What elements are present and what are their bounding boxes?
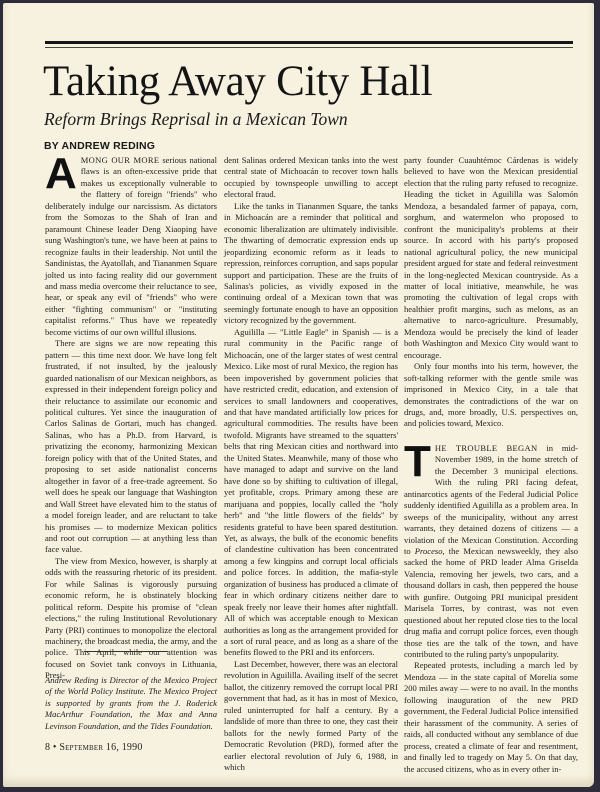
article-title: Taking Away City Hall [43,59,432,105]
bio-divider [84,651,168,652]
paragraph: There are signs we are now repeating thi… [45,338,217,556]
folio-separator: • [53,742,57,753]
lead-in: HE TROUBLE BEGAN [435,443,538,453]
drop-cap: T [404,445,431,479]
paragraph: Repeated protests, including a march led… [404,660,578,775]
issue-date: September 16, 1990 [59,742,142,753]
column-1: AMONG OUR MORE serious national flaws is… [45,155,217,682]
paragraph: THE TROUBLE BEGAN in mid-November 1989, … [404,443,578,661]
paragraph: The view from Mexico, however, is sharpl… [45,556,217,682]
header-rule-thick [45,41,573,44]
author-bio: Andrew Reding is Director of the Mexico … [45,675,217,732]
header-rule-thin [45,47,573,48]
drop-cap: A [45,157,77,191]
paragraph: Last December, however, there was an ele… [224,659,398,774]
article-subtitle: Reform Brings Reprisal in a Mexican Town [44,109,348,130]
magazine-page: Taking Away City Hall Reform Brings Repr… [3,3,594,787]
paragraph: dent Salinas ordered Mexican tanks into … [224,155,398,201]
paragraph: party founder Cuauhtémoc Cárdenas is wid… [404,155,578,361]
paragraph: Like the tanks in Tiananmen Square, the … [224,201,398,327]
page-folio: 8 • September 16, 1990 [45,742,143,753]
publication-name: Proceso [415,546,443,556]
paragraph: Aguililla — "Little Eagle" in Spanish — … [224,327,398,659]
paragraph: Only four months into his term, however,… [404,361,578,430]
column-2: dent Salinas ordered Mexican tanks into … [224,155,398,773]
lead-in: MONG OUR MORE [81,155,160,165]
page-number: 8 [45,742,50,753]
paragraph: AMONG OUR MORE serious national flaws is… [45,155,217,338]
column-3: party founder Cuauhtémoc Cárdenas is wid… [404,155,578,775]
